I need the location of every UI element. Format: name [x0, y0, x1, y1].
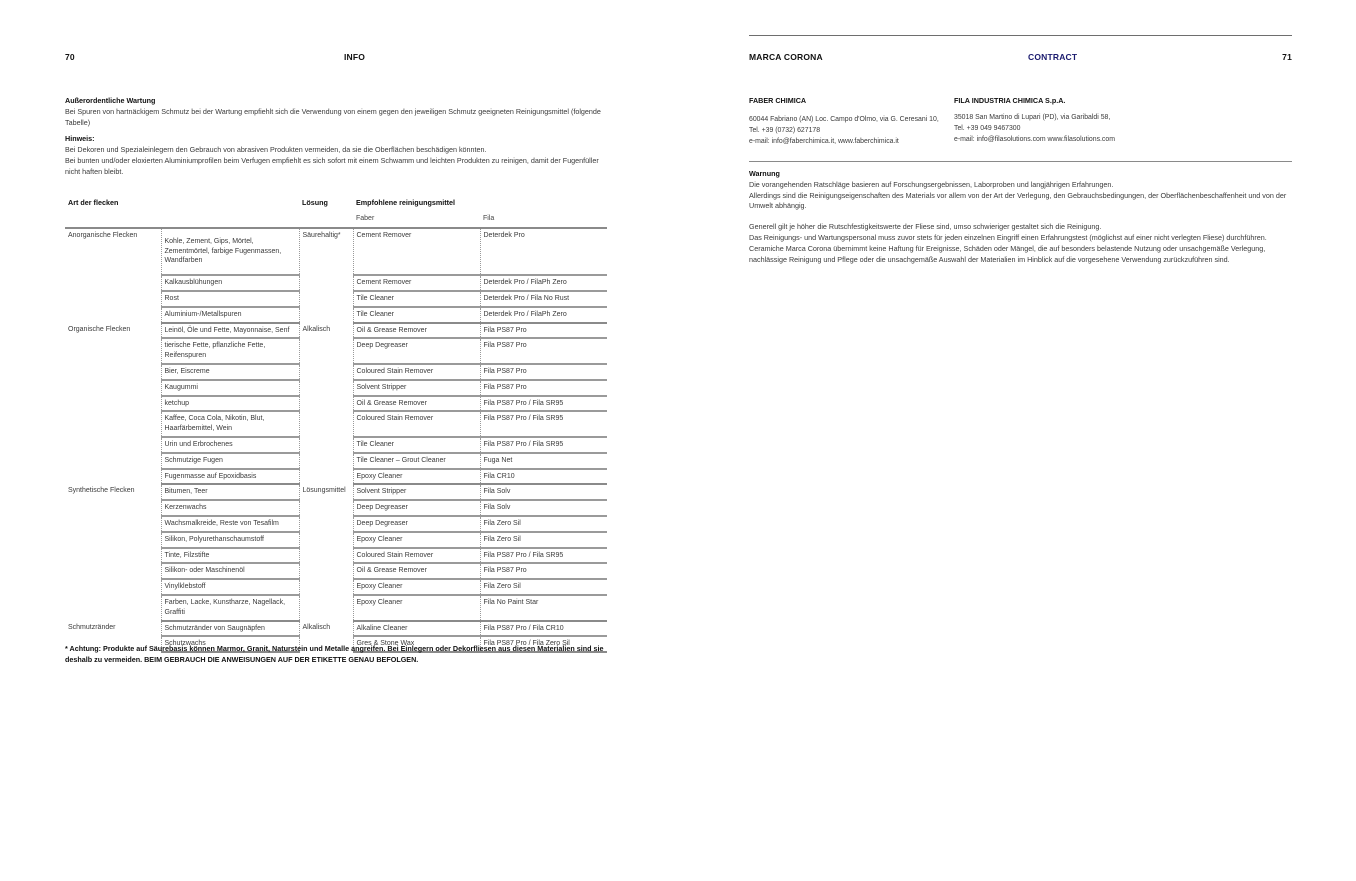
- fila-product: Fila CR10: [480, 469, 607, 485]
- page-number-left: 70: [65, 52, 75, 62]
- brand-title: MARCA CORONA: [749, 52, 823, 62]
- company-faber-chimica: FABER CHIMICA 60044 Fabriano (AN) Loc. C…: [749, 96, 949, 147]
- maintenance-intro: Außerordentliche Wartung Bei Spuren von …: [65, 96, 610, 178]
- faber-product: Solvent Stripper: [353, 484, 480, 500]
- table-subheader-row: Faber Fila: [65, 211, 607, 228]
- stain-type: ketchup: [161, 396, 299, 412]
- table-row: Synthetische FleckenBitumen, TeerLösungs…: [65, 484, 607, 500]
- stain-type: Silikon, Polyurethanschaumstoff: [161, 532, 299, 548]
- stain-type: Kaffee, Coca Cola, Nikotin, Blut, Haarfä…: [161, 411, 299, 437]
- stain-type: Kaugummi: [161, 380, 299, 396]
- faber-product: Deep Degreaser: [353, 516, 480, 532]
- stain-type: Urin und Erbrochenes: [161, 437, 299, 453]
- fila-product: Fila PS87 Pro / Fila SR95: [480, 548, 607, 564]
- stain-type: tierische Fette, pflanzliche Fette, Reif…: [161, 338, 299, 364]
- stain-type: Schmutzränder von Saugnäpfen: [161, 621, 299, 637]
- stain-type: Kalkausblühungen: [161, 275, 299, 291]
- note-line: Bei Dekoren und Spezialeinlegern den Geb…: [65, 145, 610, 156]
- fila-product: Deterdek Pro / Fila No Rust: [480, 291, 607, 307]
- stain-type: Rost: [161, 291, 299, 307]
- header-solution: Lösung: [299, 196, 353, 211]
- faber-product: Deep Degreaser: [353, 500, 480, 516]
- stain-type: Wachsmalkreide, Reste von Tesafilm: [161, 516, 299, 532]
- warning-text: Das Reinigungs- und Wartungspersonal mus…: [749, 233, 1294, 265]
- stain-type: Vinylklebstoff: [161, 579, 299, 595]
- fila-product: Fila PS87 Pro: [480, 563, 607, 579]
- stain-category: Anorganische Flecken: [65, 228, 161, 323]
- faber-product: Tile Cleaner: [353, 437, 480, 453]
- company-name: FILA INDUSTRIA CHIMICA S.p.A.: [954, 96, 1174, 105]
- faber-product: Alkaline Cleaner: [353, 621, 480, 637]
- stain-type: Tinte, Filzstifte: [161, 548, 299, 564]
- faber-product: Tile Cleaner – Grout Cleaner: [353, 453, 480, 469]
- faber-product: Oil & Grease Remover: [353, 323, 480, 339]
- fila-product: Fila Solv: [480, 500, 607, 516]
- fila-product: Fila PS87 Pro / Fila SR95: [480, 411, 607, 437]
- table-row: SchmutzränderSchmutzränder von Saugnäpfe…: [65, 621, 607, 637]
- fila-product: Fila Zero Sil: [480, 579, 607, 595]
- stain-type: Bier, Eiscreme: [161, 364, 299, 380]
- company-contact: e-mail: info@filasolutions.com www.filas…: [954, 135, 1174, 146]
- fila-product: Fila PS87 Pro / Fila SR95: [480, 396, 607, 412]
- section-title-contract: CONTRACT: [1028, 52, 1077, 62]
- faber-product: Epoxy Cleaner: [353, 579, 480, 595]
- section-title-info: INFO: [344, 52, 365, 62]
- left-page: 70 INFO Außerordentliche Wartung Bei Spu…: [0, 0, 678, 881]
- header-faber: Faber: [353, 211, 480, 228]
- fila-product: Fila PS87 Pro: [480, 364, 607, 380]
- note-line: Bei bunten und/oder eloxierten Aluminium…: [65, 156, 610, 178]
- header-fila: Fila: [480, 211, 607, 228]
- faber-product: Oil & Grease Remover: [353, 563, 480, 579]
- fila-product: Fila No Paint Star: [480, 595, 607, 621]
- faber-product: Oil & Grease Remover: [353, 396, 480, 412]
- faber-product: Epoxy Cleaner: [353, 469, 480, 485]
- warning-text: Die vorangehenden Ratschläge basieren au…: [749, 180, 1294, 191]
- faber-product: Epoxy Cleaner: [353, 532, 480, 548]
- company-name: FABER CHIMICA: [749, 96, 949, 105]
- solution-type: Säurehaltig*: [299, 228, 353, 323]
- faber-product: Tile Cleaner: [353, 307, 480, 323]
- warning-text: Allerdings sind die Reinigungseigenschaf…: [749, 191, 1294, 213]
- company-phone: Tel. +39 (0732) 627178: [749, 126, 949, 137]
- fila-product: Fila Solv: [480, 484, 607, 500]
- section-divider: [749, 161, 1292, 162]
- faber-product: Tile Cleaner: [353, 291, 480, 307]
- faber-product: Coloured Stain Remover: [353, 364, 480, 380]
- company-phone: Tel. +39 049 9467300: [954, 124, 1174, 135]
- fila-product: Fila Zero Sil: [480, 532, 607, 548]
- faber-product: Cement Remover: [353, 275, 480, 291]
- table-row: Anorganische FleckenKohle, Zement, Gips,…: [65, 228, 607, 275]
- faber-product: Cement Remover: [353, 228, 480, 275]
- right-page: MARCA CORONA CONTRACT 71 FABER CHIMICA 6…: [678, 0, 1356, 881]
- faber-product: Epoxy Cleaner: [353, 595, 480, 621]
- maintenance-heading: Außerordentliche Wartung: [65, 96, 610, 107]
- fila-product: Deterdek Pro / FilaPh Zero: [480, 275, 607, 291]
- warning-heading: Warnung: [749, 169, 1294, 180]
- header-recommended: Empfohlene reinigungsmittel: [353, 196, 607, 211]
- solution-type: Lösungsmittel: [299, 484, 353, 620]
- stain-type: Silikon- oder Maschinenöl: [161, 563, 299, 579]
- header-stain-type: Art der flecken: [65, 196, 299, 211]
- fila-product: Fila PS87 Pro: [480, 323, 607, 339]
- cleaning-agents-table: Art der flecken Lösung Empfohlene reinig…: [65, 196, 607, 653]
- warning-text: Generell gilt je höher die Rutschfestigk…: [749, 222, 1294, 233]
- maintenance-body: Bei Spuren von hartnäckigem Schmutz bei …: [65, 107, 610, 129]
- stain-category: Synthetische Flecken: [65, 484, 161, 620]
- note-heading: Hinweis:: [65, 134, 610, 145]
- faber-product: Coloured Stain Remover: [353, 411, 480, 437]
- faber-product: Solvent Stripper: [353, 380, 480, 396]
- table-header-row: Art der flecken Lösung Empfohlene reinig…: [65, 196, 607, 211]
- fila-product: Deterdek Pro / FilaPh Zero: [480, 307, 607, 323]
- warning-section: Warnung Die vorangehenden Ratschläge bas…: [749, 169, 1294, 265]
- table-row: Organische FleckenLeinöl, Öle und Fette,…: [65, 323, 607, 339]
- company-fila: FILA INDUSTRIA CHIMICA S.p.A. 35018 San …: [954, 96, 1174, 145]
- fila-product: Fila PS87 Pro / Fila CR10: [480, 621, 607, 637]
- stain-type: Kerzenwachs: [161, 500, 299, 516]
- stain-type: Leinöl, Öle und Fette, Mayonnaise, Senf: [161, 323, 299, 339]
- solution-type: Alkalisch: [299, 323, 353, 485]
- acid-warning-footnote: * Achtung: Produkte auf Säurebasis könne…: [65, 643, 610, 665]
- fila-product: Fuga Net: [480, 453, 607, 469]
- faber-product: Deep Degreaser: [353, 338, 480, 364]
- top-divider: [749, 35, 1292, 36]
- stain-category: Organische Flecken: [65, 323, 161, 485]
- fila-product: Fila PS87 Pro / Fila SR95: [480, 437, 607, 453]
- stain-type: Fugenmasse auf Epoxidbasis: [161, 469, 299, 485]
- stain-type: Aluminium-/Metallspuren: [161, 307, 299, 323]
- stain-type: Schmutzige Fugen: [161, 453, 299, 469]
- table-body: Anorganische FleckenKohle, Zement, Gips,…: [65, 228, 607, 652]
- page-number-right: 71: [1282, 52, 1292, 62]
- company-contact: e-mail: info@faberchimica.it, www.faberc…: [749, 137, 949, 148]
- faber-product: Coloured Stain Remover: [353, 548, 480, 564]
- stain-type: Bitumen, Teer: [161, 484, 299, 500]
- fila-product: Deterdek Pro: [480, 228, 607, 275]
- stain-type: Farben, Lacke, Kunstharze, Nagellack, Gr…: [161, 595, 299, 621]
- fila-product: Fila Zero Sil: [480, 516, 607, 532]
- company-address: 35018 San Martino di Lupari (PD), via Ga…: [954, 113, 1174, 124]
- fila-product: Fila PS87 Pro: [480, 380, 607, 396]
- stain-type: Kohle, Zement, Gips, Mörtel, Zementmörte…: [161, 228, 299, 275]
- fila-product: Fila PS87 Pro: [480, 338, 607, 364]
- company-address: 60044 Fabriano (AN) Loc. Campo d'Olmo, v…: [749, 115, 949, 126]
